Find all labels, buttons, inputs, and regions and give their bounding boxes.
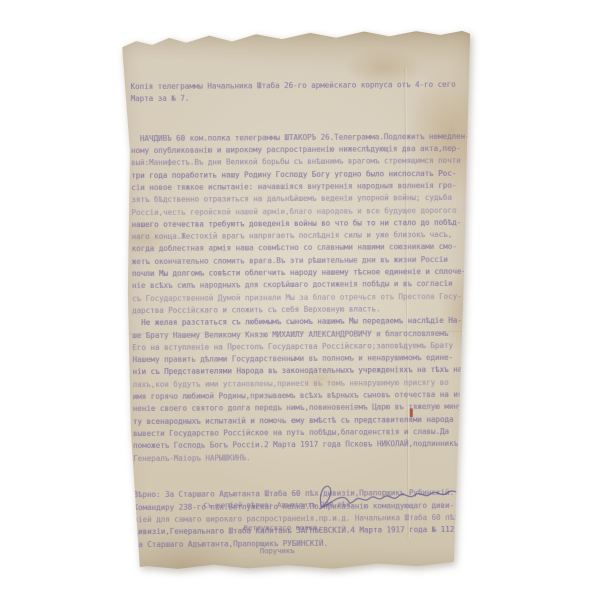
handwritten-signature xyxy=(313,475,465,518)
manifesto-body-lines: НАЧДИВЪ 60 ком.полка телеграммы ШТАКОРЪ … xyxy=(131,131,471,465)
document-line: Генералъ-Маіоръ НАРЫШКИНЪ. xyxy=(133,450,471,465)
header-lines: Копія телеграммы Начальника Штаба 26-го … xyxy=(130,78,468,105)
document-line: Марта за № 7. xyxy=(131,91,469,106)
document-photo: Копія телеграммы Начальника Штаба 26-го … xyxy=(116,30,480,576)
copy-certification-line: Ветлужскаго полка, xyxy=(204,524,356,533)
copy-certification-line: Поручикъ xyxy=(204,547,356,556)
photo-canvas: Копія телеграммы Начальника Штаба 26-го … xyxy=(0,0,600,600)
paper-sheet: Копія телеграммы Начальника Штаба 26-го … xyxy=(114,29,482,578)
